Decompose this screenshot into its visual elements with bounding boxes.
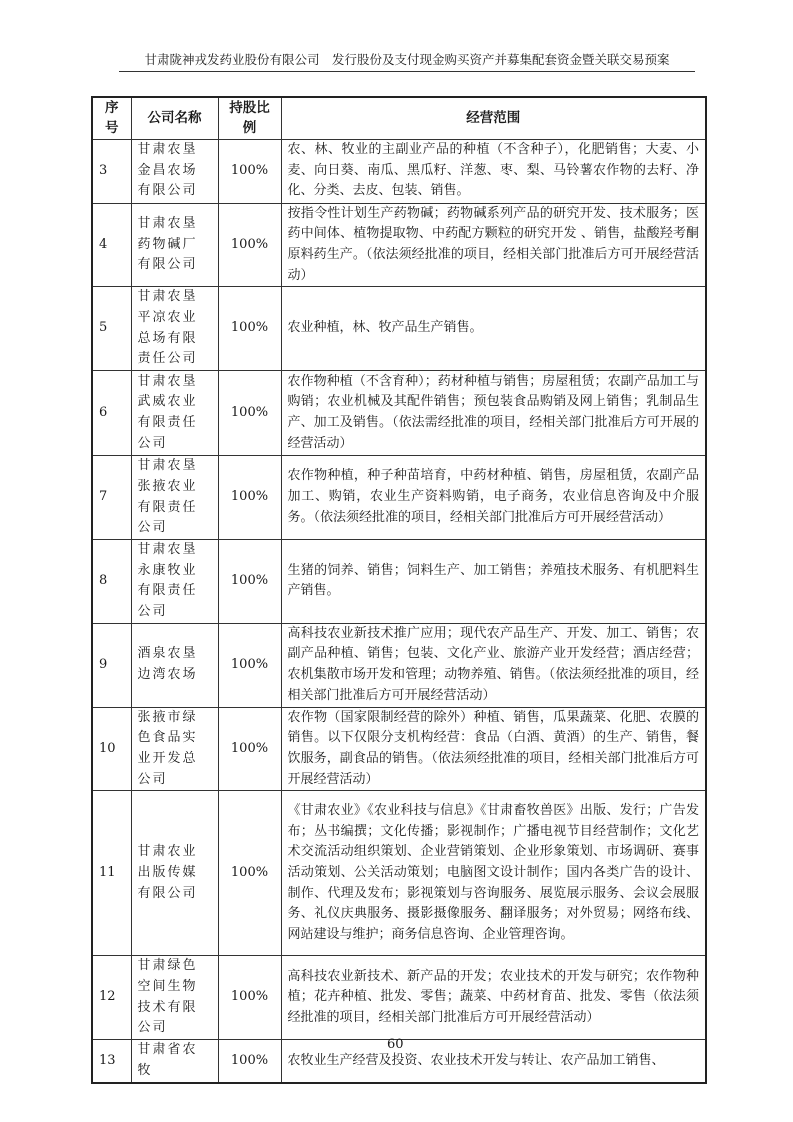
row-number: 4: [92, 203, 131, 287]
table-row: 10 张掖市绿色食品实业开发总公司 100% 农作物（国家限制经营的除外）种植、…: [92, 707, 706, 791]
business-scope: 农作物种植（不含育种）；药材种植与销售；房屋租赁；农副产品加工与购销；农业机械及…: [281, 371, 706, 456]
business-scope: 农作物种植，种子种苗培育，中药材种植、销售，房屋租赁，农副产品加工、购销，农业生…: [281, 456, 706, 540]
table-header-row: 序号 公司名称 持股比例 经营范围: [92, 97, 706, 139]
table-row: 7 甘肃农垦张掖农业有限责任公司 100% 农作物种植，种子种苗培育，中药材种植…: [92, 456, 706, 540]
column-header-business-scope: 经营范围: [281, 97, 706, 139]
row-number: 8: [92, 539, 131, 623]
table-row: 3 甘肃农垦金昌农场有限公司 100% 农、林、牧业的主副业产品的种植（不含种子…: [92, 139, 706, 203]
business-scope: 《甘肃农业》《农业科技与信息》《甘肃畜牧兽医》出版、发行；广告发布；丛书编撰；文…: [281, 791, 706, 956]
share-ratio: 100%: [218, 139, 281, 203]
share-ratio: 100%: [218, 956, 281, 1040]
row-number: 6: [92, 371, 131, 456]
column-header-no: 序号: [92, 97, 131, 139]
table-row: 6 甘肃农垦武威农业有限责任公司 100% 农作物种植（不含育种）；药材种植与销…: [92, 371, 706, 456]
row-number: 7: [92, 456, 131, 540]
business-scope: 农牧业生产经营及投资、农业技术开发与转让、农产品加工销售、: [281, 1040, 706, 1083]
table-row: 4 甘肃农垦药物碱厂有限公司 100% 按指令性计划生产药物碱；药物碱系列产品的…: [92, 203, 706, 287]
row-number: 9: [92, 623, 131, 707]
company-name: 甘肃农垦药物碱厂有限公司: [131, 203, 218, 287]
business-scope: 农、林、牧业的主副业产品的种植（不含种子），化肥销售；大麦、小麦、向日葵、南瓜、…: [281, 139, 706, 203]
business-scope: 高科技农业新技术、新产品的开发；农业技术的开发与研究；农作物种植；花卉种植、批发…: [281, 956, 706, 1040]
share-ratio: 100%: [218, 707, 281, 791]
share-ratio: 100%: [218, 623, 281, 707]
page-number: 60: [387, 1037, 404, 1052]
share-ratio: 100%: [218, 791, 281, 956]
company-name: 甘肃农业出版传媒有限公司: [131, 791, 218, 956]
company-name: 甘肃绿色空间生物技术有限公司: [131, 956, 218, 1040]
document-running-header: 甘肃陇神戎发药业股份有限公司 发行股份及支付现金购买资产并募集配套资金暨关联交易…: [119, 50, 695, 72]
share-ratio: 100%: [218, 371, 281, 456]
business-scope: 农业种植，林、牧产品生产销售。: [281, 287, 706, 371]
row-number: 11: [92, 791, 131, 956]
subsidiary-table: 序号 公司名称 持股比例 经营范围 3 甘肃农垦金昌农场有限公司 100% 农、…: [91, 96, 707, 1084]
share-ratio: 100%: [218, 287, 281, 371]
share-ratio: 100%: [218, 1040, 281, 1083]
company-name: 甘肃农垦张掖农业有限责任公司: [131, 456, 218, 540]
row-number: 10: [92, 707, 131, 791]
table-row: 11 甘肃农业出版传媒有限公司 100% 《甘肃农业》《农业科技与信息》《甘肃畜…: [92, 791, 706, 956]
company-name: 张掖市绿色食品实业开发总公司: [131, 707, 218, 791]
row-number: 12: [92, 956, 131, 1040]
share-ratio: 100%: [218, 456, 281, 540]
row-number: 3: [92, 139, 131, 203]
business-scope: 农作物（国家限制经营的除外）种植、销售，瓜果蔬菜、化肥、农膜的销售。以下仅限分支…: [281, 707, 706, 791]
business-scope: 按指令性计划生产药物碱；药物碱系列产品的研究开发、技术服务；医药中间体、植物提取…: [281, 203, 706, 287]
company-name: 甘肃农垦金昌农场有限公司: [131, 139, 218, 203]
company-name: 甘肃农垦武威农业有限责任公司: [131, 371, 218, 456]
table-row: 12 甘肃绿色空间生物技术有限公司 100% 高科技农业新技术、新产品的开发；农…: [92, 956, 706, 1040]
table-row: 9 酒泉农垦边湾农场 100% 高科技农业新技术推广应用；现代农产品生产、开发、…: [92, 623, 706, 707]
company-name: 甘肃农垦平凉农业总场有限责任公司: [131, 287, 218, 371]
share-ratio: 100%: [218, 539, 281, 623]
business-scope: 高科技农业新技术推广应用；现代农产品生产、开发、加工、销售；农副产品种植、销售；…: [281, 623, 706, 707]
row-number: 13: [92, 1040, 131, 1083]
row-number: 5: [92, 287, 131, 371]
company-name: 酒泉农垦边湾农场: [131, 623, 218, 707]
business-scope: 生猪的饲养、销售；饲料生产、加工销售；养殖技术服务、有机肥料生产销售。: [281, 539, 706, 623]
table-row: 8 甘肃农垦永康牧业有限责任公司 100% 生猪的饲养、销售；饲料生产、加工销售…: [92, 539, 706, 623]
column-header-company-name: 公司名称: [131, 97, 218, 139]
company-name: 甘肃农垦永康牧业有限责任公司: [131, 539, 218, 623]
share-ratio: 100%: [218, 203, 281, 287]
company-name: 甘肃省农牧: [131, 1040, 218, 1083]
column-header-share-ratio: 持股比例: [218, 97, 281, 139]
table-row: 5 甘肃农垦平凉农业总场有限责任公司 100% 农业种植，林、牧产品生产销售。: [92, 287, 706, 371]
